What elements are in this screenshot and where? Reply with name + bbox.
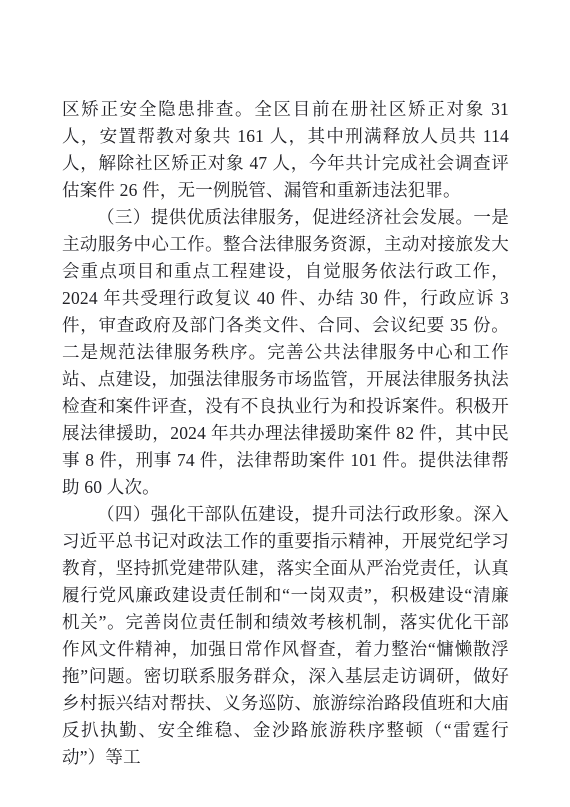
paragraph-community-correction: 区矫正安全隐患排查。全区目前在册社区矫正对象 31 人，安置帮教对象共 161 … [62, 96, 509, 204]
paragraph-section-four-cadre-team: （四）强化干部队伍建设，提升司法行政形象。深入习近平总书记对政法工作的重要指示精… [62, 501, 509, 771]
document-content: 区矫正安全隐患排查。全区目前在册社区矫正对象 31 人，安置帮教对象共 161 … [62, 96, 509, 771]
paragraph-section-three-legal-services: （三）提供优质法律服务，促进经济社会发展。一是主动服务中心工作。整合法律服务资源… [62, 204, 509, 501]
document-page: 区矫正安全隐患排查。全区目前在册社区矫正对象 31 人，安置帮教对象共 161 … [0, 0, 570, 807]
